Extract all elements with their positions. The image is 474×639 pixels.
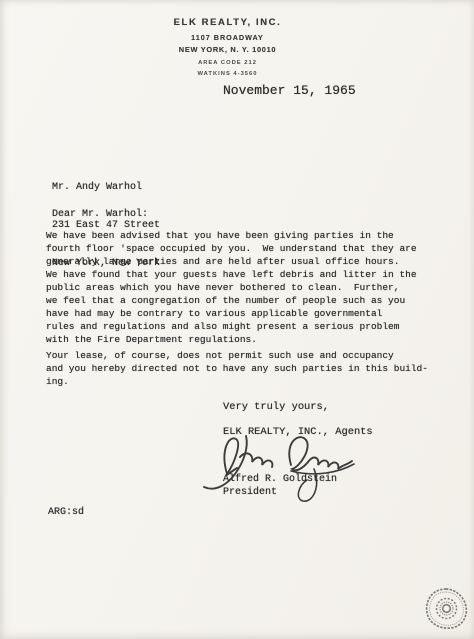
letterhead-area-code: AREA CODE 212 — [0, 60, 455, 66]
letterhead: ELK REALTY, INC. 1107 BROADWAY NEW YORK,… — [0, 18, 455, 77]
salutation: Dear Mr. Warhol: — [52, 208, 148, 221]
letterhead-phone: WATKINS 4-3560 — [0, 71, 455, 77]
letter-date: November 15, 1965 — [223, 84, 356, 98]
letterhead-city: NEW YORK, N. Y. 10010 — [0, 46, 455, 53]
valediction: Very truly yours, — [223, 401, 329, 414]
scanned-letter-page: ELK REALTY, INC. 1107 BROADWAY NEW YORK,… — [0, 0, 474, 639]
typist-reference: ARG:sd — [48, 507, 84, 519]
closing-company-line: ELK REALTY, INC., Agents — [223, 426, 373, 439]
company-name: ELK REALTY, INC. — [0, 18, 455, 27]
body-paragraph-2: Your lease, of course, does not permit s… — [46, 349, 428, 388]
corporate-seal-icon — [424, 587, 469, 630]
recipient-name: Mr. Andy Warhol — [52, 182, 160, 195]
signer-title: President — [223, 487, 277, 499]
signer-name: Alfred R. Goldstein — [223, 474, 337, 486]
letterhead-street: 1107 BROADWAY — [0, 34, 455, 41]
body-paragraph-1: We have been advised that you have been … — [46, 229, 417, 346]
